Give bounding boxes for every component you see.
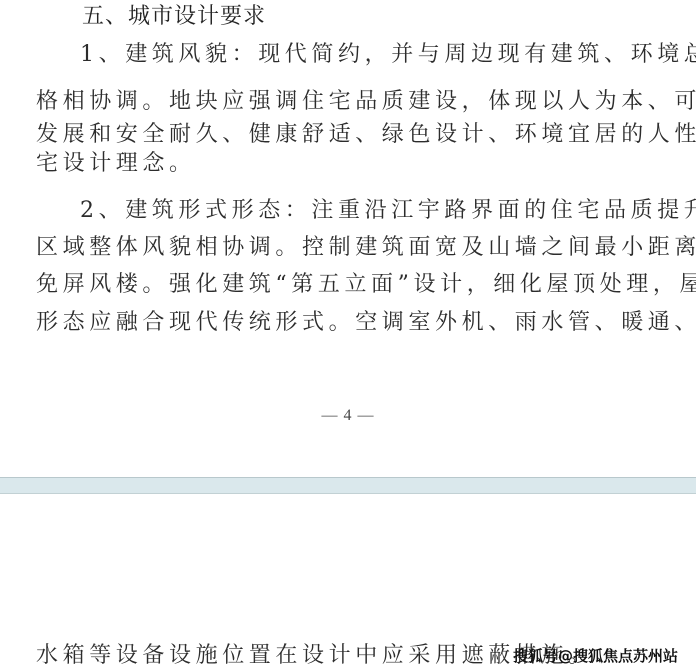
document-page-4: 五、城市设计要求 1、建筑风貌：现代简约，并与周边现有建筑、环境总体风 格相协调… — [0, 0, 696, 477]
paragraph-1-line-3: 发展和安全耐久、健康舒适、绿色设计、环境宜居的人性化住 — [36, 120, 696, 150]
paragraph-2-line-4: 形态应融合现代传统形式。空调室外机、雨水管、暖通、消防 — [36, 308, 696, 338]
page-separator — [0, 477, 696, 494]
paragraph-2-line-5: 水箱等设备设施位置在设计中应采用遮蔽措施。 — [36, 641, 595, 671]
paragraph-2-line-2: 区域整体风貌相协调。控制建筑面宽及山墙之间最小距离，避 — [36, 233, 696, 263]
watermark-text: 搜狐号@搜狐焦点苏州站 — [513, 645, 678, 666]
page-number: — 4 — — [0, 407, 696, 425]
paragraph-2-line-1: 2、建筑形式形态：注重沿江宇路界面的住宅品质提升，与 — [80, 196, 696, 226]
paragraph-1-line-2: 格相协调。地块应强调住宅品质建设，体现以人为本、可持续 — [36, 87, 696, 117]
section-heading: 五、城市设计要求 — [82, 2, 266, 32]
paragraph-1-line-1: 1、建筑风貌：现代简约，并与周边现有建筑、环境总体风 — [80, 40, 696, 70]
paragraph-2-line-3: 免屏风楼。强化建筑“第五立面”设计，细化屋顶处理，屋顶 — [36, 270, 696, 300]
paragraph-1-line-4: 宅设计理念。 — [36, 149, 196, 179]
